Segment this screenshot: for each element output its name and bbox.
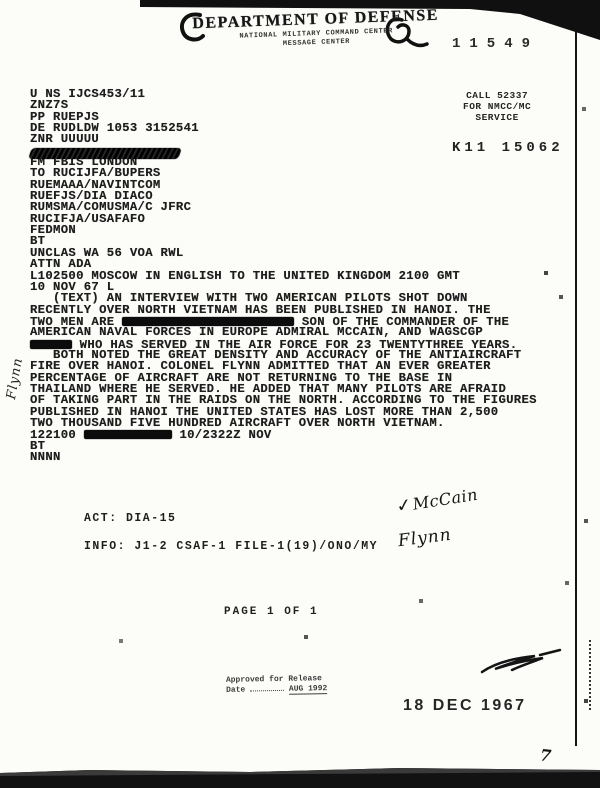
received-date-stamp: 18 DEC 1967: [403, 697, 527, 715]
redaction-bar: [122, 317, 294, 326]
teletype-line: RUCIFJA/USAFAFO: [30, 214, 537, 225]
scribble-mark-icon: [482, 650, 560, 672]
approval-date-blank: [250, 690, 284, 692]
teletype-line: FEDMON: [30, 225, 537, 236]
approval-date-label: Date: [226, 686, 245, 695]
teletype-line: UNCLAS WA 56 VOA RWL: [30, 248, 537, 259]
teletype-line: ZNR UUUUU: [30, 134, 537, 145]
act-routing-line: ACT: DIA-15: [84, 512, 176, 525]
document-number-stamp: 11549: [452, 36, 539, 52]
teletype-line: [30, 146, 537, 157]
teletype-text: ZNR UUUUU: [30, 132, 99, 146]
teletype-line: ZNZ7S: [30, 100, 537, 111]
approval-stamp: Approved for Release Date AUG 1992: [226, 674, 328, 696]
margin-annotation: Flynn: [4, 356, 26, 400]
redaction-bar: [28, 148, 182, 159]
handwritten-annotation-flynn: Flynn: [397, 525, 453, 551]
redaction-bar: [30, 340, 72, 349]
info-routing-line: INFO: J1-2 CSAF-1 FILE-1(19)/ONO/MY: [84, 540, 378, 553]
teletype-line: 122100 10/2322Z NOV: [30, 429, 537, 440]
teletype-text: NNNN: [30, 450, 61, 464]
teletype-line: NNNN: [30, 452, 537, 463]
scan-fold-line: [575, 30, 577, 746]
handwritten-annotation-mccain: ✓McCain: [395, 484, 479, 518]
scan-noise: [0, 0, 2, 2]
letterhead: DEPARTMENT OF DEFENSE NATIONAL MILITARY …: [187, 7, 444, 52]
redaction-bar: [84, 430, 172, 439]
scan-dashes: [589, 640, 591, 710]
teletype-line: BT: [30, 441, 537, 452]
teletype-line: TWO THOUSAND FIVE HUNDRED AIRCRAFT OVER …: [30, 418, 537, 429]
page-number: PAGE 1 OF 1: [224, 606, 319, 618]
teletype-text: 10/2322Z NOV: [172, 428, 272, 442]
approval-date-value: AUG 1992: [289, 684, 328, 695]
annotation-text: McCain: [411, 485, 479, 514]
teletype-line: U NS IJCS453/11: [30, 89, 537, 100]
teletype-block: U NS IJCS453/11ZNZ7SPP RUEPJSDE RUDLDW 1…: [30, 89, 537, 463]
teletype-line: DE RUDLDW 1053 3152541: [30, 123, 537, 134]
approval-line-2: Date AUG 1992: [226, 684, 327, 696]
document-page: DEPARTMENT OF DEFENSE NATIONAL MILITARY …: [0, 0, 600, 788]
checkmark-icon: ✓: [395, 494, 414, 517]
corner-page-mark: 7: [539, 745, 552, 765]
